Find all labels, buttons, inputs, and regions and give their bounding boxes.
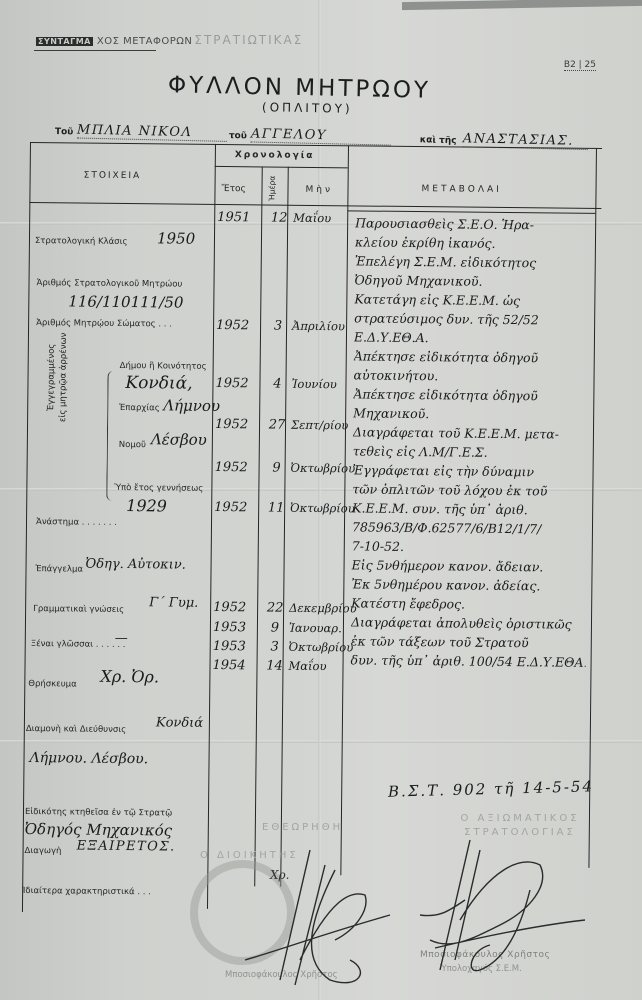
page-title: ΦΥΛΛΟΝ ΜΗΤΡΩΟΥ xyxy=(168,72,432,104)
header-divider xyxy=(215,166,348,168)
date-month: Ὀκτωβρίου xyxy=(289,640,354,655)
date-month: Σεπτ/ρίου xyxy=(291,418,348,433)
field-label-characteristics: Ἰδιαίτερα χαρακτηριστικά . . . xyxy=(22,886,151,897)
field-value-residence: Κονδιά xyxy=(156,715,203,730)
unit-name: ΧΟΣ ΜΕΤΑΦΟΡΩΝ xyxy=(97,36,193,47)
remark-line: Κ.Ε.Ε.Μ. συν. τῆς ὑπ᾽ ἀριθ. xyxy=(352,498,587,519)
date-day: 3 xyxy=(264,318,292,333)
group-label-line: εἰς μητρῷα ἀρρένων xyxy=(57,312,70,442)
date-day: 9 xyxy=(263,460,291,475)
remark-line: Διαγράφεται τοῦ Κ.Ε.Ε.Μ. μετα- xyxy=(353,422,588,443)
field-label-birth-year: Ὑπὸ ἔτος γεννήσεως xyxy=(114,483,203,494)
date-month: Δεκεμβρίου xyxy=(289,601,357,616)
header-bottom xyxy=(29,202,601,209)
date-month: Μαΐου xyxy=(288,659,326,673)
divider xyxy=(34,50,156,51)
unit-stamp: ΣΥΝΤΑΓΜΑΧΟΣ ΜΕΤΑΦΟΡΩΝΣΤΡΑΤΙΩΤΙΚΑΣ xyxy=(36,33,303,47)
date-month: Ἰουνίου xyxy=(291,377,336,391)
remark-line: τεθεὶς εἰς Λ.Μ/Γ.Ε.Σ. xyxy=(353,441,588,462)
officer-signature xyxy=(410,830,590,990)
remark-line: Ἀπέκτησε εἰδικότητα ὀδηγοῦ xyxy=(354,346,589,367)
field-value-education: Γ΄ Γυμ. xyxy=(149,595,198,611)
label-father: τοῦ xyxy=(229,131,247,141)
date-row: 19533Ὀκτωβρίου xyxy=(213,639,343,658)
remark-line: Ἐπελέγη Σ.Ε.Μ. εἰδικότητος xyxy=(355,251,590,272)
ghost-heading: ΣΤΡΑΤΙΩΤΙΚΑΣ xyxy=(194,33,303,47)
remark-line: Μηχανικοῦ. xyxy=(353,403,588,424)
remark-line: Ἐγγράφεται εἰς τὴν δύναμιν xyxy=(352,460,587,481)
header-month: Μὴν xyxy=(305,185,333,195)
header-chronology: Χρονολογία xyxy=(235,150,315,161)
remark-line: δυν. τῆς ὑπ᾽ ἀριθ. 100/54 Ε.Δ.Υ.ΕΘΑ. xyxy=(350,650,585,671)
date-row: 19529Ὀκτωβρίου xyxy=(214,460,344,479)
field-value-birth-year: 1929 xyxy=(126,496,167,515)
field-label-education: Γραμματικαὶ γνώσεις xyxy=(33,604,124,615)
date-year: 1953 xyxy=(213,620,259,635)
remark-line: Παρουσιασθεὶς Σ.Ε.Ο. Ἡρα- xyxy=(355,213,590,234)
date-year: 1952 xyxy=(215,376,261,391)
commander-signature xyxy=(240,840,400,1000)
field-value-class: 1950 xyxy=(157,229,195,247)
field-value-religion: Χρ. Ὀρ. xyxy=(100,667,159,687)
field-value-province: Λήμνου xyxy=(163,396,220,415)
date-day: 11 xyxy=(262,500,290,515)
field-value-profession: Ὀδηγ. Αὐτοκιν. xyxy=(86,557,186,573)
date-day: 12 xyxy=(265,210,293,225)
date-month: Ἰανουαρ. xyxy=(289,621,342,636)
date-year: 1952 xyxy=(215,460,261,475)
header-year: Ἔτος xyxy=(221,184,245,194)
remark-line: αὐτοκινήτου. xyxy=(353,365,588,386)
field-label-conduct: Διαγωγὴ xyxy=(25,846,62,856)
date-year: 1952 xyxy=(213,600,259,615)
remark-line: κλείου ἐκρίθη ἱκανός. xyxy=(355,232,590,253)
date-month: Μαΐου xyxy=(293,211,331,225)
registered-group-label: Ἐγγεγραμμένος εἰς μητρῷα ἀρρένων xyxy=(45,312,70,442)
field-label-residence: Διαμονὴ καὶ Διεύθυνσις xyxy=(26,724,126,735)
field-value-municipality: Κονδιά, xyxy=(125,373,192,394)
date-year: 1951 xyxy=(217,210,263,225)
field-label-municipality: Δήμου ἢ Κοινότητος xyxy=(120,361,207,372)
table-border xyxy=(22,142,31,912)
soldier-name: ΜΠΛΙΑ ΝΙΚΟΛ xyxy=(77,123,227,142)
date-day: 4 xyxy=(263,376,291,391)
date-year: 1953 xyxy=(213,639,259,654)
document-page: ΣΥΝΤΑΓΜΑΧΟΣ ΜΕΤΑΦΟΡΩΝΣΤΡΑΤΙΩΤΙΚΑΣ B2 | 2… xyxy=(0,0,642,1000)
field-label-profession: Ἐπάγγελμα xyxy=(35,564,83,574)
date-year: 1952 xyxy=(215,417,261,432)
field-value-residence-2: Λήμνου. Λέσβου. xyxy=(29,750,148,767)
date-row: 195414Μαΐου xyxy=(212,658,342,677)
date-year: 1952 xyxy=(214,500,260,515)
date-row: 195222Δεκεμβρίου xyxy=(213,600,343,619)
field-label-height: Ἀνάστημα . . . . . . . xyxy=(36,517,117,528)
date-day: 14 xyxy=(260,658,288,673)
date-row: 195112Μαΐου xyxy=(217,210,347,229)
date-month: Ὀκτωβρίου xyxy=(290,501,355,516)
date-row: 19523Ἀπριλίου xyxy=(216,318,346,337)
date-day: 3 xyxy=(261,639,289,654)
header-details: ΣΤΟΙΧΕΙΑ xyxy=(84,171,142,182)
date-month: Ἀπριλίου xyxy=(292,319,345,334)
stamp-block: ΣΥΝΤΑΓΜΑ xyxy=(36,37,93,46)
field-value-conduct: ΕΞΑΙΡΕΤΟΣ. xyxy=(77,839,176,855)
column-divider xyxy=(207,144,216,909)
date-year: 1952 xyxy=(216,318,262,333)
date-day: 22 xyxy=(261,600,289,615)
remark-line: Κατετάγη εἰς Κ.Ε.Ε.Μ. ὡς xyxy=(354,289,589,310)
field-label-province: Ἐπαρχίας xyxy=(119,403,160,413)
remark-line: τῶν ὁπλιτῶν τοῦ λόχου ἐκ τοῦ xyxy=(352,479,587,500)
remark-line: Διαγράφεται ἀπολυθεὶς ὁριστικῶς xyxy=(351,612,586,633)
label-of: Τοῦ xyxy=(55,127,74,137)
remark-line: Κατέστη ἔφεδρος. xyxy=(351,593,586,614)
form-number: B2 | 25 xyxy=(564,60,596,71)
remark-line: στρατεύσιμος δυν. τῆς 52/52 xyxy=(354,308,589,329)
field-label-religion: Θρήσκευμα xyxy=(28,679,77,690)
field-value-registry: 116/110111/50 xyxy=(68,292,183,311)
father-name: ΑΓΓΕΛΟΥ xyxy=(251,126,391,145)
field-label-registry: Ἀριθμός Στρατολογικοῦ Μητρώου xyxy=(36,278,182,290)
field-value-languages: — xyxy=(115,631,128,646)
header-day: Ἡμέρα xyxy=(267,176,276,201)
header-changes: ΜΕΤΑΒΟΛΑΙ xyxy=(421,184,501,195)
date-row: 19539Ἰανουαρ. xyxy=(213,620,343,639)
field-label-languages: Ξέναι γλῶσσαι . . . . . . xyxy=(31,639,126,650)
label-mother: καὶ τῆς xyxy=(420,135,457,146)
column-divider xyxy=(254,166,263,886)
field-value-specialty: Ὀδηγός Μηχανικός xyxy=(25,820,172,840)
date-day: 27 xyxy=(263,417,291,432)
date-row: 19524Ἰουνίου xyxy=(215,376,345,395)
remark-line: Ἀπέκτησε εἰδικότητα ὀδηγοῦ xyxy=(353,384,588,405)
page-shadow xyxy=(402,0,642,10)
remark-line: Εἰς 5νθήμερον κανον. ἄδειαν. xyxy=(351,555,586,576)
register-table: ΣΤΟΙΧΕΙΑ Χρονολογία Ἔτος Ἡμέρα Μὴν ΜΕΤΑΒ… xyxy=(22,142,602,918)
page-subtitle: (ΟΠΛΙΤΟΥ) xyxy=(262,100,353,116)
remark-line: 7-10-52. xyxy=(352,536,587,557)
field-label-class: Στρατολογική Κλάσις xyxy=(35,236,128,247)
date-month: Ὀκτωβρίου xyxy=(291,461,356,476)
stamp-seen: ΕΘΕΩΡΗΘΗ xyxy=(262,822,343,833)
column-divider xyxy=(280,167,289,887)
remarks-column: Παρουσιασθεὶς Σ.Ε.Ο. Ἡρα-κλείου ἐκρίθη ἱ… xyxy=(350,213,590,671)
field-value-prefecture: Λέσβου xyxy=(151,430,207,449)
date-day: 9 xyxy=(261,620,289,635)
date-row: 195211Ὀκτωβρίου xyxy=(214,500,344,519)
remark-line: Ε.Δ.Υ.ΕΘ.Α. xyxy=(354,327,589,348)
field-label-prefecture: Νομοῦ xyxy=(119,440,146,450)
date-row: 195227Σεπτ/ρίου xyxy=(215,417,345,436)
date-year: 1954 xyxy=(212,658,258,673)
remark-line: Ἐκ 5νθημέρου κανον. ἀδείας. xyxy=(351,574,586,595)
remark-line: Ὀδηγοῦ Μηχανικοῦ. xyxy=(354,270,589,291)
brace xyxy=(106,371,117,501)
field-label-specialty: Εἰδικότης κτηθεῖσα ἐν τῷ Στρατῷ xyxy=(25,807,172,819)
remark-line: ἐκ τῶν τάξεων τοῦ Στρατοῦ xyxy=(351,631,586,652)
remark-line: 785963/Β/Φ.62577/6/Β12/1/7/ xyxy=(352,517,587,538)
